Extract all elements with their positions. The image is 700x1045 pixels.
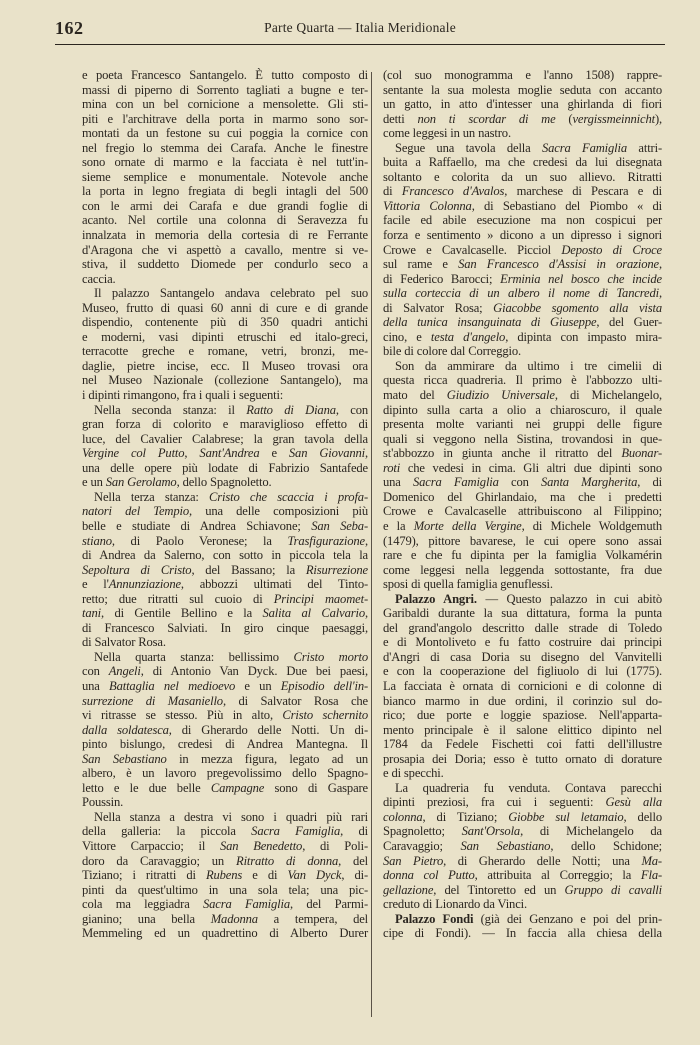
text-run: e la [383,519,414,533]
text-line: Nella terza stanza: Cristo che scaccia i… [82,490,368,505]
text-run: di Salvator Rosa; [383,301,493,315]
text-run: come leggesi in un nastro. [383,126,511,140]
text-run: , dipinta con impasto mira- [505,330,662,344]
italic-title: Cristo che scaccia i profa- [209,490,368,504]
text-run: pinti da quest'ultimo in una sola tela; … [82,883,368,897]
text-line: pinti da quest'ultimo in una sola tela; … [82,883,368,898]
text-line: tani, di Gentile Bellino e la Salita al … [82,606,368,621]
text-run: Spagnoletto; [383,824,462,838]
text-run: Nella terza stanza: [94,490,209,504]
text-run: daglie, pietre incise, ecc. Il Museo tro… [82,359,368,373]
text-line: stiva, il suddetto Diomede per condurlo … [82,257,368,272]
right-column: (col suo monogramma e l'anno 1508) rappr… [383,68,662,941]
text-line: prosapia dei Doria; esso è tutto ornato … [383,752,662,767]
text-run: La facciata è ornata di cornicioni e di … [383,679,662,693]
text-run: sentante la sua molesta moglie seduta co… [383,83,662,97]
text-run: stiva, il suddetto Diomede per condurlo … [82,257,368,271]
text-line: roti che vedesi in cima. Gli altri due d… [383,461,662,476]
text-run: acanto. Nel cortile una colonna di Serav… [82,213,368,227]
text-run: st'abbozzo in giunta anche il ritratto d… [383,446,621,460]
text-line: acanto. Nel cortile una colonna di Serav… [82,213,368,228]
text-run: sul rame e [383,257,458,271]
text-run: della galleria: la piccola [82,824,251,838]
text-line: dalla soldatesca, di Gherardo delle Nott… [82,723,368,738]
italic-title: natori del Tempio [82,504,189,518]
text-line: Domenico del Ghirlandaio, ma che i prede… [383,490,662,505]
text-run: albero, è un lavoro pregevolissimo dello… [82,766,368,780]
text-run: , [365,534,368,548]
italic-title: Ma- [641,854,662,868]
text-run: mento principale è il salone elittico di… [383,723,662,737]
bold-heading: Palazzo Fondi [395,912,473,926]
text-run: Crowe e Cavalcaselle. Picciol [383,243,561,257]
italic-title: Sacra Famiglia [203,897,290,911]
text-run: retto; due ritratti sul cuoio di [82,592,274,606]
italic-title: Risurrezione [306,563,368,577]
text-line: Tiziano; i ritratti di Rubens e di Van D… [82,868,368,883]
italic-title: Campagne [211,781,264,795]
text-line: gianino; una bella Madonna a tempera, de… [82,912,368,927]
text-run: , abbozzi ultimati del Tinto- [181,577,368,591]
italic-title: tani [82,606,101,620]
text-run: una [383,475,413,489]
text-line: e poeta Francesco Santangelo. È tutto co… [82,68,368,83]
text-run: d'Aragona che vi aspettò a cavallo, ment… [82,243,368,257]
text-line: nel fregio lo stemma dei Carafa. Anche l… [82,141,368,156]
text-line: una Battaglia nel medioevo e un Episodio… [82,679,368,694]
text-run: Segue una tavola della [395,141,542,155]
text-run: 1784 da Fedele Fischetti coi fatti dell'… [383,737,662,751]
text-run: La quadreria fu venduta. Contava parecch… [395,781,662,795]
text-run: la porta in legno fregiata di begli inta… [82,184,368,198]
text-line: La quadreria fu venduta. Contava parecch… [383,781,662,796]
left-column: e poeta Francesco Santangelo. È tutto co… [82,68,368,941]
text-run: , del Bassano; la [191,563,305,577]
text-line: Segue una tavola della Sacra Famiglia at… [383,141,662,156]
text-run: che vedesi in cima. Gli altri due dipint… [400,461,662,475]
text-run: creduto di Lionardo da Vinci. [383,897,527,911]
text-run: , dello [624,810,662,824]
italic-title: Sant'Andrea [199,446,259,460]
italic-title: Gruppo di cavalli [565,883,663,897]
text-line: stiano, di Paolo Veronese; la Trasfigura… [82,534,368,549]
text-run: sono ornate di marmo e la facciata è nel… [82,155,368,169]
italic-title: roti [383,461,400,475]
text-line: e un San Gerolamo, dello Spagnoletto. [82,475,368,490]
text-run: rare e che fu dipinta per la famiglia Vo… [383,548,662,562]
running-title: Parte Quarta — Italia Meridionale [55,20,665,36]
text-run: , [659,286,662,300]
text-run: cipe di Fondi). — In faccia alla chiesa … [383,926,662,940]
text-line: Spagnoletto; Sant'Orsola, di Michelangel… [383,824,662,839]
italic-title: Sepoltura di Cristo [82,563,191,577]
text-run: presenta molte varianti nei gruppi delle… [383,417,662,431]
text-run: Nella stanza a destra vi sono i quadri p… [94,810,368,824]
text-run: , del Parmi- [290,897,368,911]
text-run: di [383,184,402,198]
text-run: , di Tiziano; [423,810,509,824]
text-line: Nella quarta stanza: bellissimo Cristo m… [82,650,368,665]
italic-title: Sacra Famiglia [542,141,627,155]
text-line: piti e l'architrave della porta in marmo… [82,112,368,127]
text-run: (col suo monogramma e l'anno 1508) rappr… [383,68,662,82]
text-run: , di Gherardo delle Notti. Un di- [169,723,368,737]
text-line: la porta in legno fregiata di begli inta… [82,184,368,199]
text-run: con [82,664,109,678]
text-line: detti non ti scordar di me (vergissmeinn… [383,112,662,127]
text-line: mina con un bel cornicione a mensolette.… [82,97,368,112]
italic-title: Salita al Calvario [263,606,365,620]
italic-title: Sacra Famiglia [413,475,499,489]
text-run: Domenico del Ghirlandaio, ma che i prede… [383,490,662,504]
italic-title: surrezione di Masaniello [82,694,223,708]
text-line: surrezione di Masaniello, di Salvator Ro… [82,694,368,709]
text-run: Caravaggio; [383,839,461,853]
italic-title: Gesù alla [606,795,662,809]
text-run: , del Tintoretto ed un [433,883,564,897]
text-run: , di Gherardo delle Notti; una [443,854,641,868]
italic-title: San Sebastiano [82,752,167,766]
italic-title: San Francesco d'Assisi in orazione [458,257,659,271]
italic-title: dalla soldatesca [82,723,169,737]
text-line: forza e sentimento » dicono a un dipress… [383,228,662,243]
text-line: caccia. [82,272,368,287]
text-line: Museo, frutto di quasi 60 anni di cure e… [82,301,368,316]
text-line: daglie, pietre incise, ecc. Il Museo tro… [82,359,368,374]
text-line: e di specchi. [383,766,662,781]
text-line: cola ma leggiadra Sacra Famiglia, del Pa… [82,897,368,912]
text-line: soltanto e colorita da un suo allievo. R… [383,170,662,185]
italic-title: vergissmeinnicht [572,112,654,126]
text-line: buita a Raffaello, ma che credesi da lui… [383,155,662,170]
text-run: , di Antonio Van Dyck. Due bei paesi, [141,664,368,678]
italic-title: San Giovanni [289,446,365,460]
column-divider [371,72,372,1017]
text-line: nel Museo Nazionale (collezione Santange… [82,373,368,388]
text-line: della galleria: la piccola Sacra Famigli… [82,824,368,839]
italic-title: Sant'Orsola [462,824,520,838]
text-run: (1479), pittore bavarese, le cui opere s… [383,534,662,548]
text-run: forza e sentimento » dicono a un dipress… [383,228,662,242]
running-head: 162 Parte Quarta — Italia Meridionale [55,18,665,40]
italic-title: Cristo morto [294,650,369,664]
text-run: gran forza di colorito e maraviglioso ef… [82,417,368,431]
text-line: Palazzo Angri. — Questo palazzo in cui a… [383,592,662,607]
italic-title: Giobbe sul letamaio [508,810,623,824]
text-line: montati da un festone su cui poggia la c… [82,126,368,141]
text-run: una [82,679,109,693]
text-run: dipinti preziosi, fra cui i seguenti: [383,795,606,809]
text-run: mina con un bel cornicione a mensolette.… [82,97,368,111]
italic-title: testa d'angelo [431,330,505,344]
text-run: Memmeling ed un quadrettino di Alberto D… [82,926,368,940]
text-run: e un [82,475,106,489]
text-run: di Salvator Rosa. [82,635,166,649]
text-line: Poussin. [82,795,368,810]
text-run: massi di piperno di Sorrento tagliati a … [82,83,368,97]
text-run: rico; due porte e loggie spaziose. Nell'… [383,708,662,722]
italic-title: Vittoria Colonna [383,199,472,213]
text-line: Sepoltura di Cristo, del Bassano; la Ris… [82,563,368,578]
text-line: della tunica insanguinata di Giuseppe, d… [383,315,662,330]
text-run: nel fregio lo stemma dei Carafa. Anche l… [82,141,368,155]
text-line: dipinti preziosi, fra cui i seguenti: Ge… [383,795,662,810]
text-run: , di Sebastiano del Piombo « di [472,199,662,213]
text-line: di Salvator Rosa; Giacobbe sgomento alla… [383,301,662,316]
text-run: , di Michele Woldgemuth [522,519,662,533]
text-line: creduto di Lionardo da Vinci. [383,897,662,912]
text-line: cino, e testa d'angelo, dipinta con impa… [383,330,662,345]
text-run: a tempera, del [258,912,368,926]
text-run: , una delle composizioni più [189,504,368,518]
text-run: del grand'angolo descritto dalle strade … [383,621,662,635]
italic-title: Ritratto di donna [236,854,338,868]
italic-title: sulla corteccia di un albero il nome di … [383,286,659,300]
text-run: , di- [341,868,368,882]
text-line: donna col Putto, attribuita al Correggio… [383,868,662,883]
italic-title: Angeli [109,664,141,678]
text-run: quali si veggono nella Sistina, trovando… [383,432,662,446]
text-line: bile di colore dal Correggio. [383,344,662,359]
text-run: caccia. [82,272,116,286]
text-line: (1479), pittore bavarese, le cui opere s… [383,534,662,549]
text-line: dispendio, contenente più di 350 quadri … [82,315,368,330]
text-run: d'Angri di casa Doria su disegno del Van… [383,650,662,664]
text-line: La facciata è ornata di cornicioni e di … [383,679,662,694]
text-line: Son da ammirare da ultimo i tre cimelii … [383,359,662,374]
text-run: dispendio, contenente più di 350 quadri … [82,315,368,329]
text-run: , di [340,824,368,838]
text-run: piti e l'architrave della porta in marmo… [82,112,368,126]
text-line: massi di piperno di Sorrento tagliati a … [82,83,368,98]
text-line: sposi di quella famiglia genuflessi. [383,577,662,592]
text-run: , di Gentile Bellino e la [101,606,263,620]
text-line: d'Aragona che vi aspettò a cavallo, ment… [82,243,368,258]
text-run: Tiziano; i ritratti di [82,868,206,882]
italic-title: stiano [82,534,112,548]
text-run: cola ma leggiadra [82,897,203,911]
text-run: e con la cooperazione del figliuolo di l… [383,664,662,678]
text-line: Nella seconda stanza: il Ratto di Diana,… [82,403,368,418]
text-line: Nella stanza a destra vi sono i quadri p… [82,810,368,825]
text-line: e di Montoliveto e fu fatto costruire da… [383,635,662,650]
text-run: di Francesco Salviati. In giro cinque pa… [82,621,368,635]
text-line: st'abbozzo in giunta anche il ritratto d… [383,446,662,461]
text-line: retto; due ritratti sul cuoio di Princip… [82,592,368,607]
text-run: gianino; una bella [82,912,211,926]
text-run: Son da ammirare da ultimo i tre cimelii … [395,359,662,373]
text-run: Nella seconda stanza: il [94,403,246,417]
text-run: Garibaldi durante la sua dittatura, form… [383,606,662,620]
header-rule [55,44,665,45]
text-run: con le armi dei Carafa e due grandi fogl… [82,199,368,213]
italic-title: Morte della Vergine [414,519,522,533]
text-line: Garibaldi durante la sua dittatura, form… [383,606,662,621]
text-line: Crowe e Cavalcaselle. Picciol Deposto di… [383,243,662,258]
text-run: sposi di quella famiglia genuflessi. [383,577,553,591]
text-line: sul rame e San Francesco d'Assisi in ora… [383,257,662,272]
text-run: facile ed abile esecuzione ma non cospic… [383,213,662,227]
text-run: sono di Gaspare [264,781,368,795]
text-run: questa ricca quadreria. Il primo è l'abb… [383,373,662,387]
text-run: , di [637,475,662,489]
text-line: San Sebastiano in mezza figura, legato a… [82,752,368,767]
text-line: natori del Tempio, una delle composizion… [82,504,368,519]
text-run: e di Montoliveto e fu fatto costruire da… [383,635,662,649]
text-line: bianco marmo in due ordini, il corinzio … [383,694,662,709]
italic-title: colonna [383,810,423,824]
italic-title: Cristo schernito [282,708,368,722]
text-run: ( [556,112,573,126]
text-run: di Andrea da Salerno, con sotto in picco… [82,548,368,562]
text-run: Crowe e Cavalcaselle attribuiscono al Fi… [383,504,662,518]
italic-title: Rubens [206,868,242,882]
text-line: del grand'angolo descritto dalle strade … [383,621,662,636]
bold-heading: Palazzo Angri. [395,592,477,606]
text-run: ), [655,112,662,126]
text-run: Il palazzo Santangelo andava celebrato p… [94,286,368,300]
text-line: sentante la sua molesta moglie seduta co… [383,83,662,98]
text-line: e moderni, vasi dipinti etruschi ed ital… [82,330,368,345]
text-run: pinto bislungo, credesi di Andrea Manteg… [82,737,368,751]
italic-title: Battaglia nel medioevo [109,679,235,693]
italic-title: Annunziazione [109,577,181,591]
italic-title: Principi maomet- [274,592,368,606]
text-line: 1784 da Fedele Fischetti coi fatti dell'… [383,737,662,752]
text-line: gellazione, del Tintoretto ed un Gruppo … [383,883,662,898]
text-line: e l'Annunziazione, abbozzi ultimati del … [82,577,368,592]
text-line: come leggesi in un nastro. [383,126,662,141]
text-run: e l' [82,577,109,591]
italic-title: San Benedetto [220,839,302,853]
italic-title: Fla- [641,868,662,882]
text-run: , di Salvator Rosa che [223,694,368,708]
text-run: , [365,446,368,460]
text-line: vi ritrasse se stesso. Più in alto, Cris… [82,708,368,723]
text-run: i dipinti rimangono, fra i quali i segue… [82,388,283,402]
text-run: doro da Caravaggio; un [82,854,236,868]
text-line: luce, del Cavalier Calabrese; la gran ta… [82,432,368,447]
text-line: (col suo monogramma e l'anno 1508) rappr… [383,68,662,83]
text-line: Il palazzo Santangelo andava celebrato p… [82,286,368,301]
text-run: , marchese di Pescara e di [504,184,662,198]
text-line: di Andrea da Salerno, con sotto in picco… [82,548,368,563]
text-line: con Angeli, di Antonio Van Dyck. Due bei… [82,664,368,679]
text-run: come leggesi nella leggenda sottostante,… [383,563,662,577]
text-line: e la Morte della Vergine, di Michele Wol… [383,519,662,534]
text-line: rare e che fu dipinta per la famiglia Vo… [383,548,662,563]
text-line: belle e studiate di Andrea Schiavone; Sa… [82,519,368,534]
italic-title: San Seba- [311,519,368,533]
text-run: mato del [383,388,447,402]
text-run: Museo, frutto di quasi 60 anni di cure e… [82,301,368,315]
text-run: letto e le due belle [82,781,211,795]
text-line: Vittoria Colonna, di Sebastiano del Piom… [383,199,662,214]
text-run: Vittore Carpaccio; il [82,839,220,853]
text-line: di Salvator Rosa. [82,635,368,650]
text-line: innalzata in memoria della cortesia di r… [82,228,368,243]
text-run: e poeta Francesco Santangelo. È tutto co… [82,68,368,82]
text-run: sieme semplice e monumentale. Notevole a… [82,170,368,184]
text-run: un gatto, in atto d'intesser una ghirlan… [383,97,662,111]
text-run: Nella quarta stanza: bellissimo [94,650,294,664]
text-run: e un [235,679,281,693]
italic-title: Francesco d'Avalos [402,184,504,198]
italic-title: Van Dyck [287,868,341,882]
text-run: — Questo palazzo in cui abitò [477,592,662,606]
text-run: terracotte greche e romane, vetri, bronz… [82,344,368,358]
text-line: di Francesco Salviati. In giro cinque pa… [82,621,368,636]
text-run: con [499,475,541,489]
text-run: cino, e [383,330,431,344]
text-run: buita a Raffaello, ma che credesi da lui… [383,155,662,169]
text-line: e con la cooperazione del figliuolo di l… [383,664,662,679]
text-line: Crowe e Cavalcaselle attribuiscono al Fi… [383,504,662,519]
italic-title: Vergine col Putto [82,446,184,460]
italic-title: Buonar- [621,446,662,460]
text-line: sieme semplice e monumentale. Notevole a… [82,170,368,185]
italic-title: non ti scordar di me [417,112,555,126]
text-run: e di specchi. [383,766,444,780]
text-run: soltanto e colorita da un suo allievo. R… [383,170,662,184]
text-run: Poussin. [82,795,123,809]
text-run: detti [383,112,417,126]
text-line: facile ed abile esecuzione ma non cospic… [383,213,662,228]
text-line: San Pietro, di Gherardo delle Notti; una… [383,854,662,869]
text-line: gran forza di colorito e maraviglioso ef… [82,417,368,432]
text-run: , dello Spagnoletto. [177,475,272,489]
text-run: una delle opere più lodate di Fabrizio S… [82,461,368,475]
italic-title: Deposto di Croce [561,243,662,257]
italic-title: Episodio dell'in- [281,679,368,693]
text-line: Palazzo Fondi (già dei Genzano e poi del… [383,912,662,927]
text-run: , di Michelangelo, [555,388,662,402]
text-run: , del Guer- [596,315,662,329]
text-run: nel Museo Nazionale (collezione Santange… [82,373,368,387]
text-run: prosapia dei Doria; esso è tutto ornato … [383,752,662,766]
italic-title: Sacra Famiglia [251,824,340,838]
text-run: , dello Schidone; [550,839,662,853]
text-run: (già dei Genzano e poi del prin- [473,912,662,926]
text-line: doro da Caravaggio; un Ritratto di donna… [82,854,368,869]
text-line: d'Angri di casa Doria su disegno del Van… [383,650,662,665]
text-line: come leggesi nella leggenda sottostante,… [383,563,662,578]
text-line: quali si veggono nella Sistina, trovando… [383,432,662,447]
text-run: luce, del Cavalier Calabrese; la gran ta… [82,432,368,446]
text-line: con le armi dei Carafa e due grandi fogl… [82,199,368,214]
text-line: cipe di Fondi). — In faccia alla chiesa … [383,926,662,941]
text-line: i dipinti rimangono, fra i quali i segue… [82,388,368,403]
text-line: una delle opere più lodate di Fabrizio S… [82,461,368,476]
text-line: di Francesco d'Avalos, marchese di Pesca… [383,184,662,199]
text-run: bianco marmo in due ordini, il corinzio … [383,694,662,708]
text-run: e di [242,868,287,882]
italic-title: Giudizio Universale [447,388,555,402]
italic-title: della tunica insanguinata di Giuseppe [383,315,596,329]
text-run: , di Michelangelo da [520,824,662,838]
text-line: Caravaggio; San Sebastiano, dello Schido… [383,839,662,854]
text-run: , di Poli- [302,839,368,853]
italic-title: Santa Margherita [541,475,637,489]
text-line: un gatto, in atto d'intesser una ghirlan… [383,97,662,112]
text-line: dipinto sulla carta a olio a chiaroscuro… [383,403,662,418]
text-line: questa ricca quadreria. Il primo è l'abb… [383,373,662,388]
italic-title: San Gerolamo [106,475,177,489]
italic-title: Trasfigurazione [287,534,365,548]
text-line: mato del Giudizio Universale, di Michela… [383,388,662,403]
italic-title: Madonna [211,912,258,926]
text-line: Memmeling ed un quadrettino di Alberto D… [82,926,368,941]
